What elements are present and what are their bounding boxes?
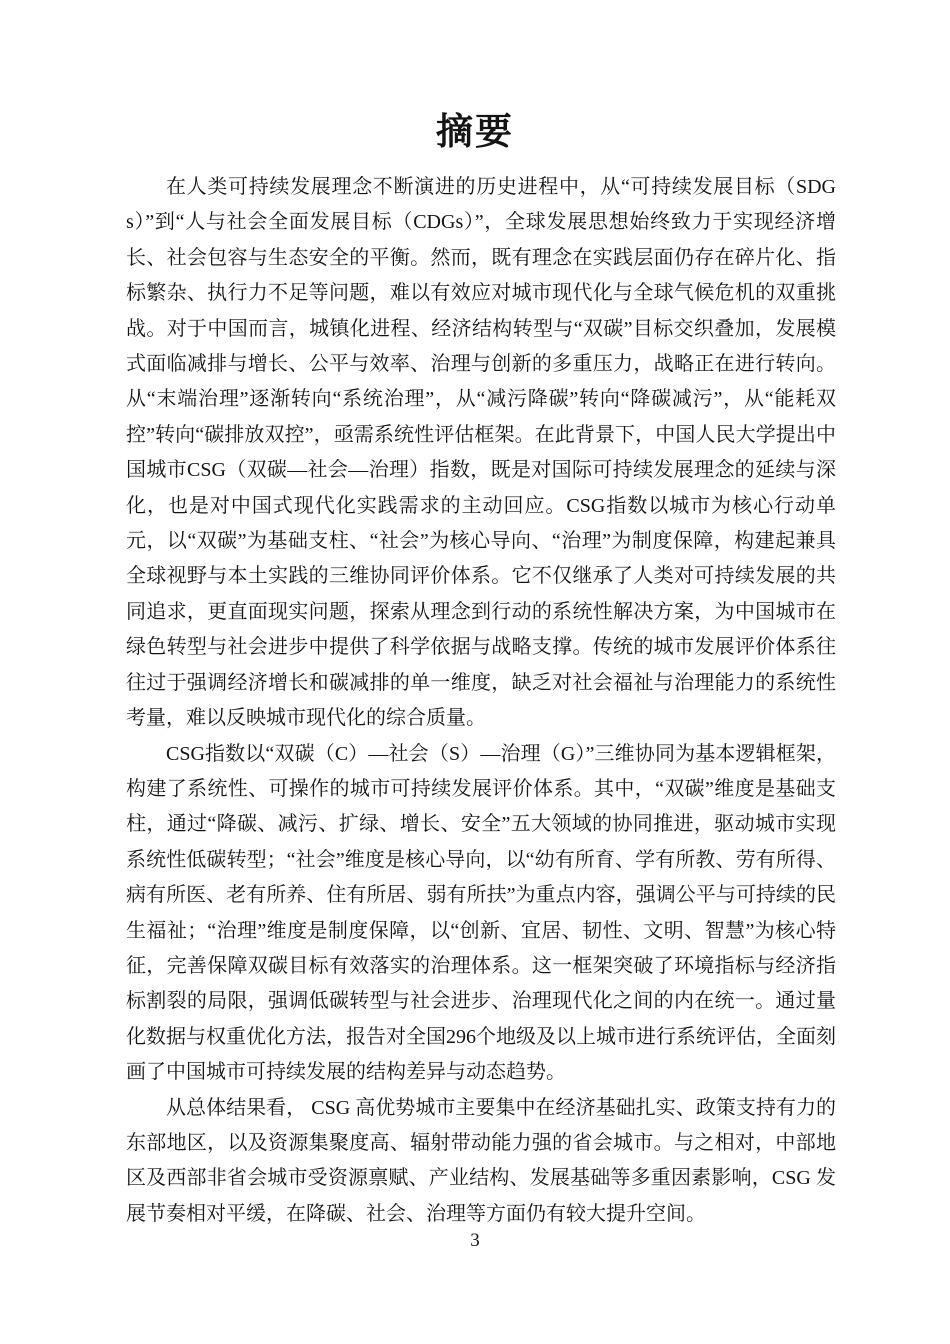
abstract-body: 在人类可持续发展理念不断演进的历史进程中，从“可持续发展目标（SDGs）”到“人… bbox=[126, 170, 836, 1232]
abstract-paragraph-3: 从总体结果看， CSG 高优势城市主要集中在经济基础扎实、政策支持有力的东部地区… bbox=[126, 1091, 836, 1233]
document-page: 摘要 在人类可持续发展理念不断演进的历史进程中，从“可持续发展目标（SDGs）”… bbox=[0, 0, 950, 1344]
abstract-paragraph-1: 在人类可持续发展理念不断演进的历史进程中，从“可持续发展目标（SDGs）”到“人… bbox=[126, 170, 836, 737]
abstract-paragraph-2: CSG指数以“双碳（C）—社会（S）—治理（G）”三维协同为基本逻辑框架，构建了… bbox=[126, 737, 836, 1091]
page-number: 3 bbox=[0, 1230, 950, 1252]
abstract-title: 摘要 bbox=[0, 112, 950, 154]
